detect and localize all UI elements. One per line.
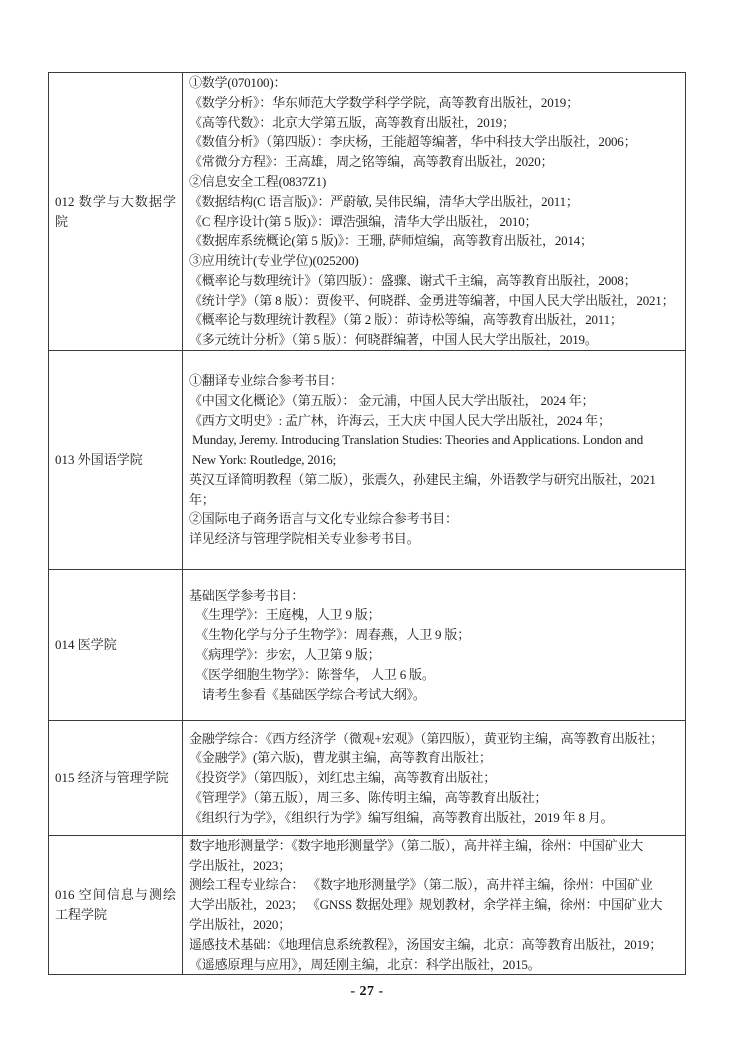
books-cell: 基础医学参考书目： 《生理学》：王庭槐，人卫 9 版； 《生物化学与分子生物学》… — [183, 570, 685, 720]
book-line: 《高等代数》：北京大学第五版，高等教育出版社，2019； — [189, 113, 679, 133]
book-line: 《生物化学与分子生物学》：周春燕，人卫 9 版； — [189, 625, 679, 645]
department-name: 012 数学与大数据学院 — [55, 192, 176, 232]
book-line: 《医学细胞生物学》：陈誉华， 人卫 6 版。 — [189, 665, 679, 685]
book-line: 测绘工程专业综合： 《数字地形测量学》（第二版），高井祥主编，徐州：中国矿业 — [189, 875, 679, 895]
book-line: New York: Routledge, 2016; — [189, 450, 679, 470]
book-line: 《概率论与数理统计教程》（第 2 版）：茆诗松等编，高等教育出版社，2011； — [189, 310, 679, 330]
department-cell: 012 数学与大数据学院 — [49, 73, 183, 350]
table-row: 013 外国语学院 ①翻译专业综合参考书目：《中国文化概论》（第五版）： 金元浦… — [49, 350, 685, 569]
book-line: 基础医学参考书目： — [189, 586, 679, 606]
book-line: 数字地形测量学：《数字地形测量学》（第二版），高井祥主编，徐州：中国矿业大 — [189, 836, 679, 856]
department-cell: 016 空间信息与测绘工程学院 — [49, 836, 183, 974]
department-name: 014 医学院 — [55, 635, 176, 655]
book-line: 学出版社，2020； — [189, 915, 679, 935]
department-name: 015 经济与管理学院 — [55, 768, 176, 788]
book-line: 遥感技术基础：《地理信息系统教程》，汤国安主编，北京：高等教育出版社，2019； — [189, 935, 679, 955]
book-line: 《西方文明史》: 孟广林，许海云，王大庆 中国人民大学出版社，2024 年； — [189, 411, 679, 431]
table-row: 014 医学院 基础医学参考书目： 《生理学》：王庭槐，人卫 9 版； 《生物化… — [49, 569, 685, 720]
book-line: ①数学(070100)： — [189, 73, 679, 93]
book-line: ②信息安全工程(0837Z1) — [189, 172, 679, 192]
book-line: 年； — [189, 490, 679, 510]
book-line: 《概率论与数理统计》（第四版）：盛骤、谢式千主编，高等教育出版社，2008； — [189, 271, 679, 291]
book-line: 学出版社，2023； — [189, 856, 679, 876]
department-name: 013 外国语学院 — [55, 450, 176, 470]
department-cell: 014 医学院 — [49, 570, 183, 720]
book-line: ②国际电子商务语言与文化专业综合参考书目： — [189, 509, 679, 529]
book-line: 《数据结构(C 语言版)》：严蔚敏, 吴伟民编，清华大学出版社，2011； — [189, 192, 679, 212]
books-cell: ①翻译专业综合参考书目：《中国文化概论》（第五版）： 金元浦，中国人民大学出版社… — [183, 351, 685, 569]
book-line: 《常微分方程》：王高雄，周之铭等编，高等教育出版社，2020； — [189, 152, 679, 172]
book-line: 《组织行为学》，《组织行为学》编写组编，高等教育出版社，2019 年 8 月。 — [189, 808, 679, 828]
department-name: 016 空间信息与测绘工程学院 — [55, 885, 176, 925]
book-line: 《统计学》（第 8 版）：贾俊平、何晓群、金勇进等编著，中国人民大学出版社，20… — [189, 291, 679, 311]
table-row: 016 空间信息与测绘工程学院 数字地形测量学：《数字地形测量学》（第二版），高… — [49, 835, 685, 974]
book-line: 《投资学》（第四版），刘红忠主编，高等教育出版社； — [189, 768, 679, 788]
book-line: 《数学分析》：华东师范大学数学科学学院，高等教育出版社，2019； — [189, 93, 679, 113]
book-line: 详见经济与管理学院相关专业参考书目。 — [189, 529, 679, 549]
book-line: 大学出版社，2023； 《GNSS 数据处理》规划教材，余学祥主编，徐州：中国矿… — [189, 895, 679, 915]
books-cell: ①数学(070100)：《数学分析》：华东师范大学数学科学学院，高等教育出版社，… — [183, 73, 685, 350]
table-row: 012 数学与大数据学院 ①数学(070100)：《数学分析》：华东师范大学数学… — [49, 73, 685, 350]
book-line: 《中国文化概论》（第五版）： 金元浦，中国人民大学出版社， 2024 年； — [189, 391, 679, 411]
book-line: 《数值分析》（第四版）：李庆杨，王能超等编著，华中科技大学出版社，2006； — [189, 132, 679, 152]
book-line: 《金融学》(第六版)，曹龙骐主编，高等教育出版社； — [189, 748, 679, 768]
book-line: 金融学综合：《西方经济学（微观+宏观》（第四版），黄亚钧主编，高等教育出版社； — [189, 729, 679, 749]
book-line: Munday, Jeremy. Introducing Translation … — [189, 430, 679, 450]
page-number: - 27 - — [48, 984, 686, 1000]
book-line: ①翻译专业综合参考书目： — [189, 371, 679, 391]
book-line: 《病理学》：步宏，人卫第 9 版； — [189, 645, 679, 665]
department-cell: 013 外国语学院 — [49, 351, 183, 569]
department-cell: 015 经济与管理学院 — [49, 721, 183, 835]
book-line: ③应用统计(专业学位)(025200) — [189, 251, 679, 271]
book-line: 《生理学》：王庭槐，人卫 9 版； — [189, 605, 679, 625]
book-line: 《管理学》（第五版），周三多、陈传明主编，高等教育出版社； — [189, 788, 679, 808]
book-line: 《遥感原理与应用》，周廷刚主编，北京：科学出版社，2015。 — [189, 955, 679, 975]
table-row: 015 经济与管理学院 金融学综合：《西方经济学（微观+宏观》（第四版），黄亚钧… — [49, 720, 685, 835]
book-line: 《多元统计分析》（第 5 版）：何晓群编著，中国人民大学出版社，2019。 — [189, 330, 679, 350]
book-line: 英汉互译简明教程（第二版），张震久，孙建民主编，外语教学与研究出版社，2021 — [189, 470, 679, 490]
reference-books-table: 012 数学与大数据学院 ①数学(070100)：《数学分析》：华东师范大学数学… — [48, 72, 686, 975]
books-cell: 金融学综合：《西方经济学（微观+宏观》（第四版），黄亚钧主编，高等教育出版社；《… — [183, 721, 685, 835]
books-cell: 数字地形测量学：《数字地形测量学》（第二版），高井祥主编，徐州：中国矿业大学出版… — [183, 836, 685, 974]
book-line: 《C 程序设计(第 5 版)》：谭浩强编，清华大学出版社， 2010； — [189, 212, 679, 232]
book-line: 《数据库系统概论(第 5 版)》：王珊, 萨师煊编，高等教育出版社，2014； — [189, 231, 679, 251]
book-line: 请考生参看《基础医学综合考试大纲》。 — [189, 685, 679, 705]
